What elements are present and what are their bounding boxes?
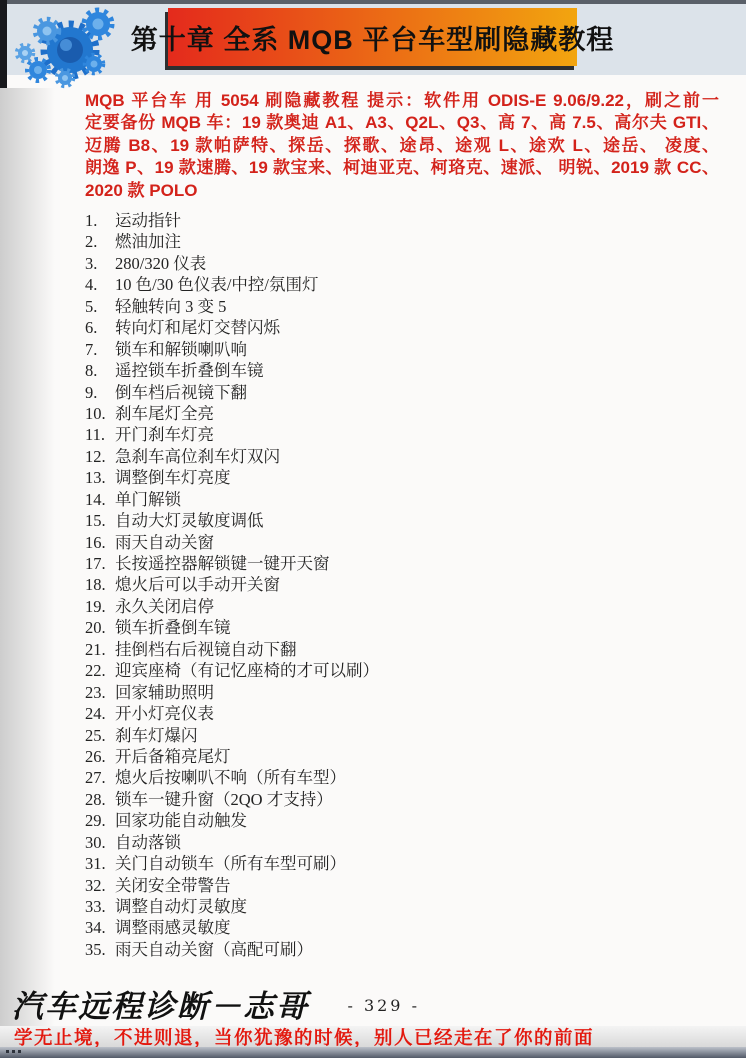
list-item-text: 长按遥控器解锁键一键开天窗 <box>115 553 330 574</box>
list-item-number: 17. <box>85 553 115 574</box>
list-item-number: 22. <box>85 660 115 681</box>
intro-line: 朗逸 P、19 款速腾、19 款宝来、柯迪亚克、柯珞克、速派、 明锐、2019 … <box>85 157 719 179</box>
list-item-number: 6. <box>85 317 115 338</box>
list-item-text: 遥控锁车折叠倒车镜 <box>115 360 264 381</box>
list-item-text: 调整雨感灵敏度 <box>115 917 231 938</box>
list-item-text: 开后备箱亮尾灯 <box>115 746 231 767</box>
list-item: 2. 燃油加注 <box>85 231 379 252</box>
list-item-number: 35. <box>85 939 115 960</box>
list-item-number: 16. <box>85 532 115 553</box>
list-item-text: 雨天自动关窗 <box>115 532 214 553</box>
list-item-text: 轻触转向 3 变 5 <box>115 296 226 317</box>
list-item: 32. 关闭安全带警告 <box>85 875 379 896</box>
list-item-text: 10 色/30 色仪表/中控/氛围灯 <box>115 274 319 295</box>
list-item-text: 调整自动灯灵敏度 <box>115 896 247 917</box>
list-item-number: 7. <box>85 339 115 360</box>
scrollbar-grip-icon[interactable] <box>6 1050 21 1053</box>
list-item-text: 永久关闭启停 <box>115 596 214 617</box>
list-item-number: 24. <box>85 703 115 724</box>
list-item: 8. 遥控锁车折叠倒车镜 <box>85 360 379 381</box>
list-item: 13. 调整倒车灯亮度 <box>85 467 379 488</box>
list-item: 28. 锁车一键升窗（2QO 才支持） <box>85 789 379 810</box>
list-item: 17. 长按遥控器解锁键一键开天窗 <box>85 553 379 574</box>
list-item-number: 10. <box>85 403 115 424</box>
intro-line: 迈腾 B8、19 款帕萨特、探岳、探歌、途昂、途观 L、途欢 L、途岳、 凌度、 <box>85 135 719 157</box>
list-item-text: 锁车折叠倒车镜 <box>115 617 231 638</box>
list-item-number: 15. <box>85 510 115 531</box>
list-item: 23. 回家辅助照明 <box>85 682 379 703</box>
list-item-text: 熄火后可以手动开关窗 <box>115 574 280 595</box>
list-item-text: 自动落锁 <box>115 832 181 853</box>
list-item-number: 27. <box>85 767 115 788</box>
list-item: 7. 锁车和解锁喇叭响 <box>85 339 379 360</box>
list-item: 21. 挂倒档右后视镜自动下翻 <box>85 639 379 660</box>
list-item: 9. 倒车档后视镜下翻 <box>85 382 379 403</box>
motto-band: 学无止境，不进则退，当你犹豫的时候，别人已经走在了你的前面 <box>0 1026 746 1047</box>
list-item-number: 20. <box>85 617 115 638</box>
list-item: 31. 关门自动锁车（所有车型可刷） <box>85 853 379 874</box>
intro-line: MQB 平台车 用 5054 刷隐藏教程 提示：软件用 ODIS-E 9.06/… <box>85 90 719 112</box>
list-item-text: 280/320 仪表 <box>115 253 206 274</box>
list-item-number: 18. <box>85 574 115 595</box>
list-item-number: 5. <box>85 296 115 317</box>
list-item-number: 9. <box>85 382 115 403</box>
list-item: 25. 刹车灯爆闪 <box>85 725 379 746</box>
list-item: 6. 转向灯和尾灯交替闪烁 <box>85 317 379 338</box>
list-item: 33. 调整自动灯灵敏度 <box>85 896 379 917</box>
list-item-text: 挂倒档右后视镜自动下翻 <box>115 639 297 660</box>
list-item-text: 燃油加注 <box>115 231 181 252</box>
list-item-text: 锁车一键升窗（2QO 才支持） <box>115 789 333 810</box>
horizontal-scrollbar[interactable] <box>0 1047 746 1058</box>
footer: 汽车远程诊断－志哥 - 329 - <box>12 981 732 1025</box>
list-item-text: 关门自动锁车（所有车型可刷） <box>115 853 346 874</box>
list-item-text: 关闭安全带警告 <box>115 875 231 896</box>
list-item: 27. 熄火后按喇叭不响（所有车型） <box>85 767 379 788</box>
list-item: 4. 10 色/30 色仪表/中控/氛围灯 <box>85 274 379 295</box>
page-number: - 329 - <box>347 996 420 1015</box>
page-header: 第十章 全系 MQB 平台车型刷隐藏教程 <box>0 4 746 75</box>
list-item-number: 19. <box>85 596 115 617</box>
list-item-number: 23. <box>85 682 115 703</box>
list-item-number: 11. <box>85 424 115 445</box>
list-item-number: 12. <box>85 446 115 467</box>
brand-signature: 汽车远程诊断－志哥 <box>12 989 309 1025</box>
list-item-number: 31. <box>85 853 115 874</box>
list-item-number: 8. <box>85 360 115 381</box>
list-item: 24. 开小灯亮仪表 <box>85 703 379 724</box>
motto-text: 学无止境，不进则退，当你犹豫的时候，别人已经走在了你的前面 <box>0 1024 594 1050</box>
list-item-number: 13. <box>85 467 115 488</box>
list-item: 3. 280/320 仪表 <box>85 253 379 274</box>
list-item: 15. 自动大灯灵敏度调低 <box>85 510 379 531</box>
page-left-shadow <box>0 88 55 1026</box>
feature-list: 1. 运动指针 2. 燃油加注 3. 280/320 仪表 4. 10 色/30… <box>85 210 379 960</box>
list-item: 22. 迎宾座椅（有记忆座椅的才可以刷） <box>85 660 379 681</box>
chapter-title: 第十章 全系 MQB 平台车型刷隐藏教程 <box>131 18 615 57</box>
list-item: 14. 单门解锁 <box>85 489 379 510</box>
document-page: 第十章 全系 MQB 平台车型刷隐藏教程 MQB 平台车 用 5054 刷隐藏教… <box>0 0 746 1058</box>
list-item-number: 25. <box>85 725 115 746</box>
list-item: 35. 雨天自动关窗（高配可刷） <box>85 939 379 960</box>
list-item-text: 倒车档后视镜下翻 <box>115 382 247 403</box>
list-item: 29. 回家功能自动触发 <box>85 810 379 831</box>
list-item-text: 刹车灯爆闪 <box>115 725 198 746</box>
list-item-text: 急刹车高位刹车灯双闪 <box>115 446 280 467</box>
chapter-title-banner: 第十章 全系 MQB 平台车型刷隐藏教程 <box>168 8 577 66</box>
intro-paragraph: MQB 平台车 用 5054 刷隐藏教程 提示：软件用 ODIS-E 9.06/… <box>85 90 719 202</box>
list-item-number: 28. <box>85 789 115 810</box>
window-top-edge <box>0 0 746 4</box>
list-item-text: 回家功能自动触发 <box>115 810 247 831</box>
list-item-number: 14. <box>85 489 115 510</box>
list-item-number: 33. <box>85 896 115 917</box>
list-item-number: 3. <box>85 253 115 274</box>
list-item: 34. 调整雨感灵敏度 <box>85 917 379 938</box>
intro-line: 2020 款 POLO <box>85 180 719 202</box>
list-item-number: 4. <box>85 274 115 295</box>
list-item-text: 刹车尾灯全亮 <box>115 403 214 424</box>
list-item: 19. 永久关闭启停 <box>85 596 379 617</box>
list-item: 11. 开门刹车灯亮 <box>85 424 379 445</box>
list-item-number: 26. <box>85 746 115 767</box>
list-item-number: 1. <box>85 210 115 231</box>
list-item: 12. 急刹车高位刹车灯双闪 <box>85 446 379 467</box>
list-item: 18. 熄火后可以手动开关窗 <box>85 574 379 595</box>
list-item: 26. 开后备箱亮尾灯 <box>85 746 379 767</box>
list-item-text: 开小灯亮仪表 <box>115 703 214 724</box>
window-left-edge <box>0 0 7 88</box>
list-item-number: 2. <box>85 231 115 252</box>
list-item-number: 34. <box>85 917 115 938</box>
list-item-text: 熄火后按喇叭不响（所有车型） <box>115 767 346 788</box>
list-item-text: 运动指针 <box>115 210 181 231</box>
list-item-number: 29. <box>85 810 115 831</box>
list-item: 30. 自动落锁 <box>85 832 379 853</box>
list-item: 5. 轻触转向 3 变 5 <box>85 296 379 317</box>
list-item-text: 回家辅助照明 <box>115 682 214 703</box>
list-item-number: 32. <box>85 875 115 896</box>
list-item-number: 21. <box>85 639 115 660</box>
gears-logo-icon <box>10 6 122 90</box>
list-item-text: 调整倒车灯亮度 <box>115 467 231 488</box>
list-item-text: 迎宾座椅（有记忆座椅的才可以刷） <box>115 660 379 681</box>
list-item-text: 单门解锁 <box>115 489 181 510</box>
list-item-text: 雨天自动关窗（高配可刷） <box>115 939 313 960</box>
intro-line: 定要备份 MQB 车：19 款奥迪 A1、A3、Q2L、Q3、高 7、高 7.5… <box>85 112 719 134</box>
list-item-text: 开门刹车灯亮 <box>115 424 214 445</box>
list-item-text: 锁车和解锁喇叭响 <box>115 339 247 360</box>
list-item-text: 转向灯和尾灯交替闪烁 <box>115 317 280 338</box>
list-item: 1. 运动指针 <box>85 210 379 231</box>
list-item: 20. 锁车折叠倒车镜 <box>85 617 379 638</box>
list-item: 16. 雨天自动关窗 <box>85 532 379 553</box>
list-item-text: 自动大灯灵敏度调低 <box>115 510 264 531</box>
list-item: 10. 刹车尾灯全亮 <box>85 403 379 424</box>
list-item-number: 30. <box>85 832 115 853</box>
